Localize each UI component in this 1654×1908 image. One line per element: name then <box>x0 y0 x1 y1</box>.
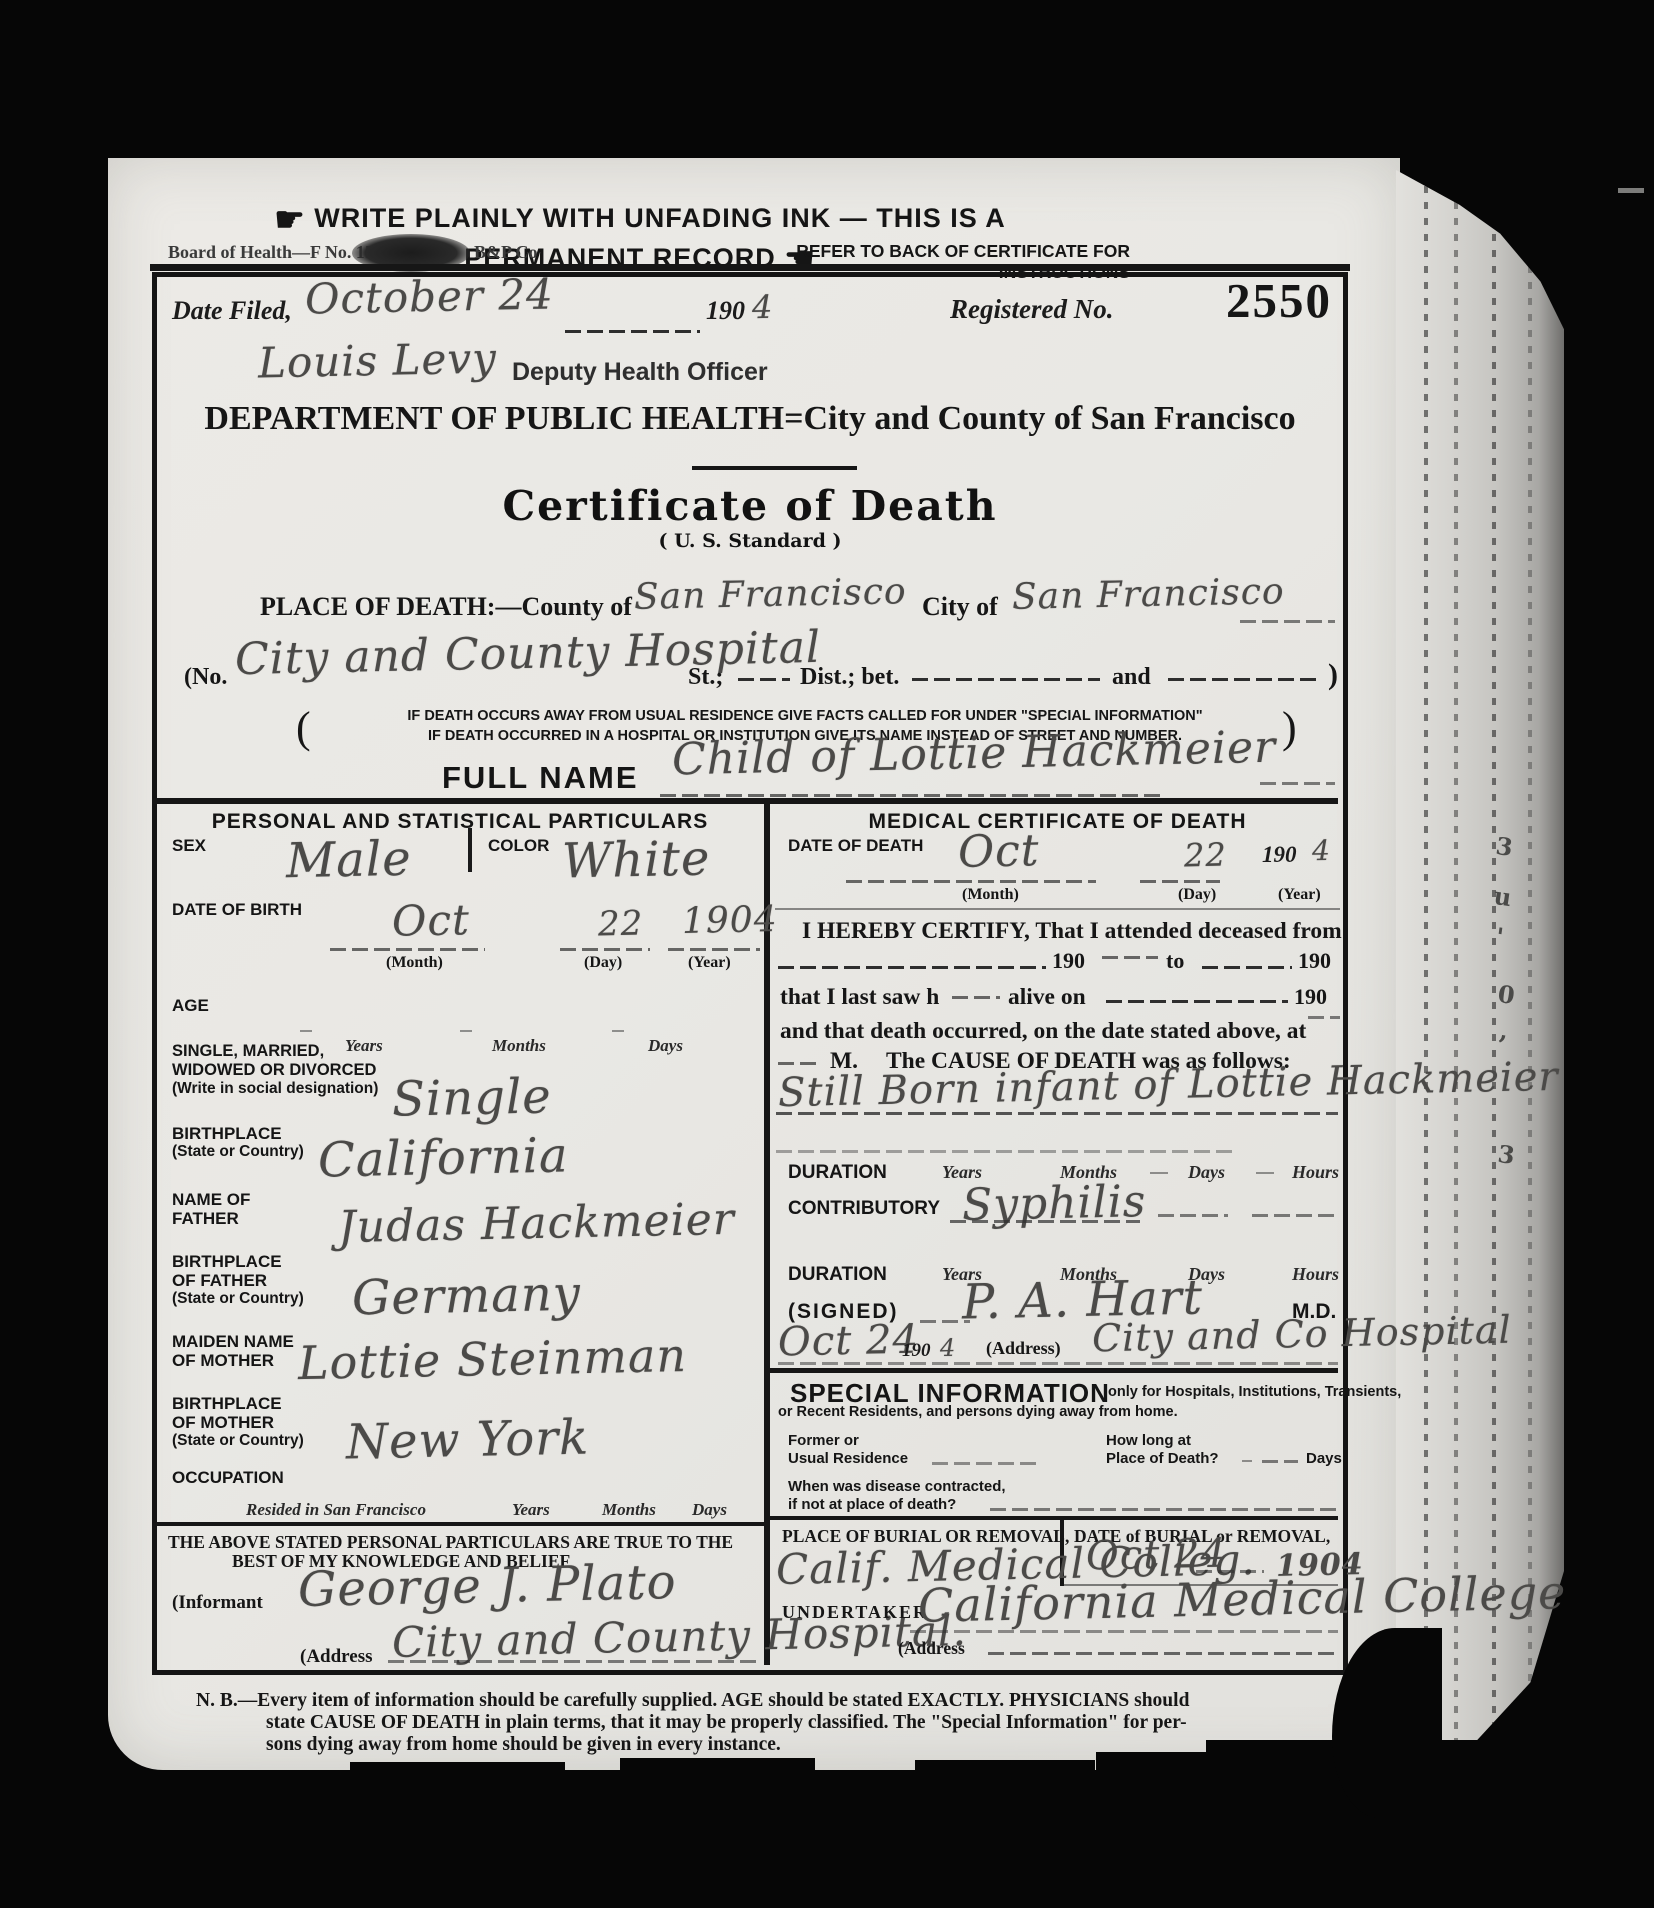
certify-line: I HEREBY CERTIFY, That I attended deceas… <box>802 918 1342 945</box>
blank-line <box>1260 782 1335 785</box>
dob-month-caption: (Month) <box>386 954 443 972</box>
dob-month-value: Oct <box>391 895 470 946</box>
birthplace-label-2: (State or Country) <box>172 1143 304 1161</box>
father-label-2: FATHER <box>172 1209 239 1229</box>
burial-rule <box>770 1516 1338 1520</box>
blank-line <box>778 966 1046 969</box>
blank-line <box>1240 620 1335 623</box>
blank-line <box>988 1652 1338 1655</box>
signed-address-label: (Address) <box>986 1338 1061 1359</box>
blank-line <box>1262 1460 1298 1463</box>
blank-line <box>1252 1214 1338 1217</box>
age-years-caption: Years <box>345 1036 383 1056</box>
contributory-label: CONTRIBUTORY <box>788 1198 940 1220</box>
blank-line <box>1106 1000 1288 1003</box>
from-190: 190 <box>1052 948 1085 974</box>
mother-label-2: OF MOTHER <box>172 1351 274 1371</box>
age-label: AGE <box>172 996 209 1016</box>
color-value: White <box>561 830 710 889</box>
pointing-hand-left-icon: ☛ <box>274 201 305 239</box>
blank-line <box>1202 966 1292 969</box>
blank-line <box>910 1630 1338 1633</box>
death-occurred-line: and that death occurred, on the date sta… <box>780 1018 1306 1045</box>
dod-year-printed: 190 <box>1262 842 1297 868</box>
blank-line <box>1168 678 1320 681</box>
howlong-days-label: Days <box>1306 1450 1342 1467</box>
father-bp-value: Germany <box>351 1266 581 1327</box>
columns-top-rule <box>152 798 1338 804</box>
marital-value: Single <box>391 1068 552 1127</box>
page-edge-streak <box>1454 170 1458 1762</box>
age-months-caption: Months <box>492 1036 546 1056</box>
mother-bp-label-3: (State or Country) <box>172 1432 304 1450</box>
duration2-hours: Hours <box>1292 1264 1339 1285</box>
blank-line <box>846 880 1096 883</box>
us-standard: ( U. S. Standard ) <box>160 530 1340 552</box>
marital-label-3: (Write in social designation) <box>172 1080 378 1098</box>
bottom-edge-step <box>915 1760 1095 1772</box>
sex-label: SEX <box>172 836 206 856</box>
duration-label: DURATION <box>788 1162 887 1184</box>
tick <box>612 1030 624 1032</box>
year-written: 4 <box>752 288 774 326</box>
date-filed-label: Date Filed, <box>172 296 292 326</box>
footnote-line1: N. B.—Every item of information should b… <box>196 1690 1189 1712</box>
mother-bp-value: New York <box>345 1409 589 1470</box>
blank-line <box>778 1062 818 1065</box>
special-info-rest: only for Hospitals, Institutions, Transi… <box>1108 1384 1401 1400</box>
color-label: COLOR <box>488 836 549 856</box>
birthplace-label-1: BIRTHPLACE <box>172 1124 282 1144</box>
mother-bp-label-1: BIRTHPLACE <box>172 1394 282 1414</box>
signed-190: 190 <box>902 1340 931 1362</box>
blank-line <box>1158 1214 1228 1217</box>
signed-year-written: 4 <box>940 1334 957 1362</box>
blank-line <box>990 1508 1338 1511</box>
footnote-line2: state CAUSE OF DEATH in plain terms, tha… <box>266 1712 1187 1734</box>
occupation-label: OCCUPATION <box>172 1468 284 1488</box>
year-printed: 190 <box>706 296 745 326</box>
alive-190: 190 <box>1294 984 1327 1010</box>
dist-label: Dist.; bet. <box>800 664 899 691</box>
left-col-rule <box>157 1522 764 1526</box>
age-days-caption: Days <box>648 1036 683 1056</box>
informant-label: (Informant <box>172 1592 263 1614</box>
medical-section-title: MEDICAL CERTIFICATE OF DEATH <box>775 810 1340 834</box>
blank-line <box>330 948 485 951</box>
full-name-underline <box>660 794 1160 797</box>
note-close-paren: ) <box>1282 702 1297 753</box>
blank-line <box>668 948 760 951</box>
undertaker-address-label: (Address <box>898 1638 965 1659</box>
certificate-title: Certificate of Death <box>160 482 1340 530</box>
dod-year-caption: (Year) <box>1278 886 1321 904</box>
informant-value: George J. Plato <box>297 1554 677 1618</box>
blank-line <box>1102 956 1158 959</box>
book-page-edges <box>1396 170 1564 1762</box>
sex-value: Male <box>285 831 412 890</box>
tick <box>1150 1172 1168 1174</box>
signer-title: Deputy Health Officer <box>512 358 768 387</box>
st-label: St.; <box>688 664 723 691</box>
resided-days: Days <box>692 1500 727 1520</box>
dod-year-written: 4 <box>1312 834 1332 867</box>
blank-line <box>932 1462 1040 1465</box>
full-name-label: FULL NAME <box>442 760 639 796</box>
dob-label: DATE OF BIRTH <box>172 900 302 920</box>
close-paren: ) <box>1328 658 1338 692</box>
informant-address-label: (Address <box>300 1646 373 1668</box>
title-divider <box>692 466 857 470</box>
page-edge-streak <box>1528 170 1532 1762</box>
duration-days: Days <box>1188 1162 1225 1183</box>
health-officer-signature: Louis Levy <box>258 334 498 388</box>
dod-day-value: 22 <box>1184 836 1228 875</box>
resided-months: Months <box>602 1500 656 1520</box>
mother-value: Lottie Steinman <box>297 1328 687 1390</box>
residence-note-line1: IF DEATH OCCURS AWAY FROM USUAL RESIDENC… <box>330 708 1280 724</box>
resided-years: Years <box>512 1500 550 1520</box>
mother-label-1: MAIDEN NAME <box>172 1332 294 1352</box>
page-edge-streak <box>1424 170 1428 1762</box>
father-bp-label-3: (State or Country) <box>172 1290 304 1308</box>
photo-artifact <box>1618 188 1644 193</box>
scanned-certificate-page: 3 u ' 0 , 3 ☛ WRITE PLAINLY WITH UNFADIN… <box>0 0 1654 1908</box>
dob-day-caption: (Day) <box>584 954 622 972</box>
to-label: to <box>1166 948 1184 974</box>
date-filed-value: October 24 <box>305 269 555 323</box>
place-of-death-label: PLACE OF DEATH:—County of <box>260 592 632 622</box>
top-rule <box>150 264 1350 271</box>
blank-line <box>565 330 700 333</box>
marital-label-2: WIDOWED OR DIVORCED <box>172 1061 376 1080</box>
blank-line <box>950 1220 1140 1223</box>
blank-line <box>952 996 1000 999</box>
father-value: Judas Hackmeier <box>338 1194 736 1253</box>
dod-day-caption: (Day) <box>1178 886 1216 904</box>
cause-underline <box>776 1112 1338 1115</box>
resided-label: Resided in San Francisco <box>246 1500 426 1520</box>
dod-label: DATE OF DEATH <box>788 836 923 856</box>
attest-line1: THE ABOVE STATED PERSONAL PARTICULARS AR… <box>168 1532 733 1553</box>
footnote-line3: sons dying away from home should be give… <box>266 1734 781 1756</box>
tick <box>300 1030 312 1032</box>
thin-rule <box>775 908 1340 910</box>
tick <box>1256 1172 1274 1174</box>
blank-line <box>776 1150 1236 1153</box>
tick <box>1242 1460 1252 1462</box>
undertaker-label: UNDERTAKER <box>782 1602 928 1623</box>
and-label: and <box>1112 664 1151 691</box>
blank-line <box>912 678 1100 681</box>
dod-month-value: Oct <box>957 825 1039 878</box>
signed-date: Oct 24 <box>778 1317 920 1366</box>
father-bp-label-2: OF FATHER <box>172 1271 267 1291</box>
special-rule <box>770 1368 1338 1373</box>
special-info-line2: or Recent Residents, and persons dying a… <box>778 1404 1178 1420</box>
form-reference: Board of Health—F No. 15 <box>168 242 374 263</box>
dob-year-caption: (Year) <box>688 954 731 972</box>
page-edge-streak <box>1492 170 1496 1762</box>
place-city-value: San Francisco <box>1012 571 1285 618</box>
registered-number: 2550 <box>1226 272 1332 329</box>
place-county-value: San Francisco <box>634 571 907 618</box>
former-label-2: Usual Residence <box>788 1450 908 1467</box>
last-saw-label: that I last saw h <box>780 984 939 1011</box>
alive-on-label: alive on <box>1008 984 1086 1011</box>
former-label-1: Former or <box>788 1432 859 1449</box>
signed-address-value: City and Co Hospital <box>1092 1308 1513 1361</box>
dod-month-caption: (Month) <box>962 886 1019 904</box>
blank-line <box>778 1362 1338 1365</box>
bottom-edge-step <box>1096 1752 1206 1772</box>
mother-bp-label-2: OF MOTHER <box>172 1413 274 1433</box>
marital-label-1: SINGLE, MARRIED, <box>172 1042 324 1061</box>
contracted-label-1: When was disease contracted, <box>788 1478 1006 1495</box>
howlong-label-2: Place of Death? <box>1106 1450 1219 1467</box>
form-reference-printer: B&P Co <box>474 242 538 263</box>
birthplace-value: California <box>317 1127 569 1188</box>
howlong-label-1: How long at <box>1106 1432 1191 1449</box>
tick <box>460 1030 472 1032</box>
note-open-paren: ( <box>296 702 311 753</box>
to-190: 190 <box>1298 948 1331 974</box>
duration-hours: Hours <box>1292 1162 1339 1183</box>
department-title: DEPARTMENT OF PUBLIC HEALTH=City and Cou… <box>160 400 1340 438</box>
dob-year-value: 1904 <box>682 899 778 942</box>
contracted-label-2: if not at place of death? <box>788 1496 956 1513</box>
father-label-1: NAME OF <box>172 1190 250 1210</box>
place-city-label: City of <box>922 592 998 622</box>
bottom-edge-step <box>350 1762 565 1772</box>
blank-line <box>560 948 650 951</box>
father-bp-label-1: BIRTHPLACE <box>172 1252 282 1272</box>
bottom-edge-step <box>620 1758 815 1772</box>
blank-line <box>1140 880 1220 883</box>
duration2-label: DURATION <box>788 1264 887 1286</box>
sex-color-divider <box>468 828 472 872</box>
dob-day-value: 22 <box>598 904 644 945</box>
blank-line <box>738 678 790 681</box>
no-label: (No. <box>184 664 227 691</box>
registered-no-label: Registered No. <box>950 294 1113 325</box>
blank-line <box>1308 1016 1340 1019</box>
blank-line <box>388 1660 758 1663</box>
